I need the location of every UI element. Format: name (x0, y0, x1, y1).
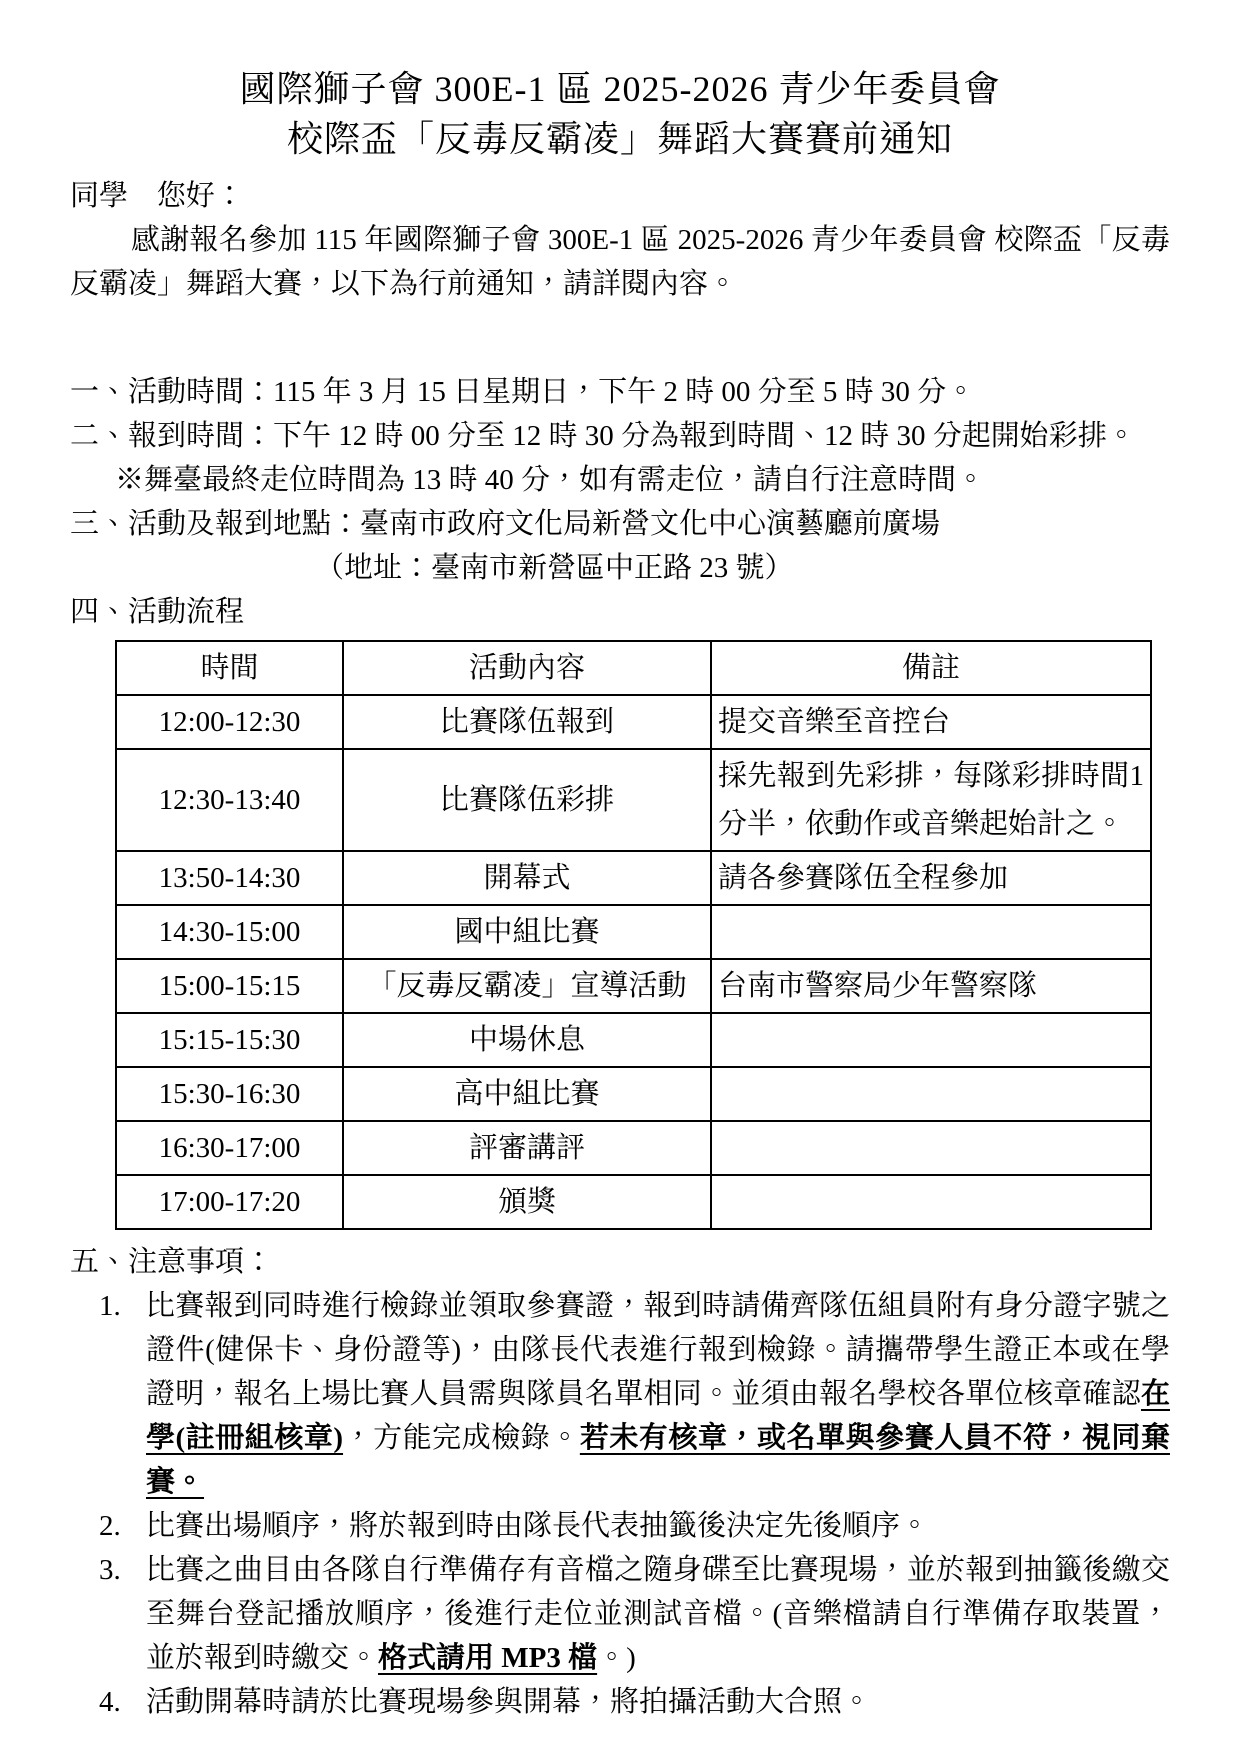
schedule-cell-activity: 開幕式 (343, 851, 711, 905)
note-3-segment-emphasis: 格式請用 MP3 檔 (378, 1642, 597, 1674)
schedule-row: 13:50-14:30 開幕式 請各參賽隊伍全程參加 (116, 851, 1151, 905)
note-number: 4. (99, 1680, 146, 1724)
schedule-cell-time: 15:15-15:30 (116, 1013, 343, 1067)
schedule-cell-remark (711, 1067, 1151, 1121)
greeting: 同學 您好： (70, 174, 1170, 218)
schedule-cell-remark: 台南市警察局少年警察隊 (711, 959, 1151, 1013)
schedule-cell-time: 15:30-16:30 (116, 1067, 343, 1121)
schedule-row: 12:00-12:30 比賽隊伍報到 提交音樂至音控台 (116, 695, 1151, 749)
schedule-cell-time: 12:30-13:40 (116, 749, 343, 851)
note-text: 活動開幕時請於比賽現場參與開幕，將拍攝活動大合照。 (146, 1680, 1170, 1724)
section-schedule-heading: 四、活動流程 (70, 590, 1170, 634)
schedule-cell-time: 17:00-17:20 (116, 1175, 343, 1229)
schedule-cell-time: 12:00-12:30 (116, 695, 343, 749)
note-3-segment-normal: 。) (597, 1642, 636, 1674)
schedule-cell-remark (711, 1013, 1151, 1067)
section-notes-heading: 五、注意事項： (70, 1240, 1170, 1284)
schedule-row: 14:30-15:00 國中組比賽 (116, 905, 1151, 959)
schedule-row: 15:30-16:30 高中組比賽 (116, 1067, 1151, 1121)
schedule-cell-activity: 「反毒反霸凌」宣導活動 (343, 959, 711, 1013)
document-title: 國際獅子會 300E-1 區 2025-2026 青少年委員會 校際盃「反毒反霸… (70, 64, 1170, 164)
section-activity-time: 一、活動時間：115 年 3 月 15 日星期日，下午 2 時 00 分至 5 … (70, 370, 1170, 414)
schedule-table: 時間 活動內容 備註 12:00-12:30 比賽隊伍報到 提交音樂至音控台 1… (115, 640, 1152, 1230)
schedule-row: 17:00-17:20 頒獎 (116, 1175, 1151, 1229)
note-item-2: 2. 比賽出場順序，將於報到時由隊長代表抽籤後決定先後順序。 (70, 1504, 1170, 1548)
schedule-cell-remark (711, 1175, 1151, 1229)
schedule-cell-activity: 比賽隊伍報到 (343, 695, 711, 749)
sections-list: 一、活動時間：115 年 3 月 15 日星期日，下午 2 時 00 分至 5 … (70, 370, 1170, 634)
schedule-cell-activity: 頒獎 (343, 1175, 711, 1229)
schedule-cell-remark: 請各參賽隊伍全程參加 (711, 851, 1151, 905)
schedule-cell-activity: 比賽隊伍彩排 (343, 749, 711, 851)
note-text: 比賽出場順序，將於報到時由隊長代表抽籤後決定先後順序。 (146, 1504, 1170, 1548)
section-checkin-time: 二、報到時間：下午 12 時 00 分至 12 時 30 分為報到時間、12 時… (70, 414, 1170, 458)
schedule-cell-time: 13:50-14:30 (116, 851, 343, 905)
note-text: 比賽之曲目由各隊自行準備存有音檔之隨身碟至比賽現場，並於報到抽籤後繳交至舞台登記… (146, 1548, 1170, 1680)
schedule-cell-activity: 中場休息 (343, 1013, 711, 1067)
note-1-segment-normal: 比賽報到同時進行檢錄並領取參賽證，報到時請備齊隊伍組員附有身分證字號之證件(健保… (146, 1290, 1170, 1410)
schedule-header-row: 時間 活動內容 備註 (116, 641, 1151, 695)
schedule-cell-remark (711, 905, 1151, 959)
schedule-cell-remark (711, 1121, 1151, 1175)
note-number: 2. (99, 1504, 146, 1548)
document-page: 國際獅子會 300E-1 區 2025-2026 青少年委員會 校際盃「反毒反霸… (0, 0, 1240, 1754)
schedule-cell-activity: 國中組比賽 (343, 905, 711, 959)
schedule-row: 16:30-17:00 評審講評 (116, 1121, 1151, 1175)
location-address: （地址：臺南市新營區中正路 23 號） (70, 546, 1170, 590)
schedule-cell-activity: 高中組比賽 (343, 1067, 711, 1121)
schedule-row: 15:00-15:15 「反毒反霸凌」宣導活動 台南市警察局少年警察隊 (116, 959, 1151, 1013)
note-item-4: 4. 活動開幕時請於比賽現場參與開幕，將拍攝活動大合照。 (70, 1680, 1170, 1724)
schedule-row: 15:15-15:30 中場休息 (116, 1013, 1151, 1067)
stage-blocking-note: ※舞臺最終走位時間為 13 時 40 分，如有需走位，請自行注意時間。 (70, 458, 1170, 502)
schedule-cell-time: 14:30-15:00 (116, 905, 343, 959)
note-3-segment-normal: 比賽之曲目由各隊自行準備存有音檔之隨身碟至比賽現場，並於報到抽籤後繳交至舞台登記… (146, 1554, 1170, 1674)
title-line-2: 校際盃「反毒反霸凌」舞蹈大賽賽前通知 (70, 114, 1170, 164)
schedule-cell-activity: 評審講評 (343, 1121, 711, 1175)
schedule-cell-time: 15:00-15:15 (116, 959, 343, 1013)
intro-paragraph: 感謝報名參加 115 年國際獅子會 300E-1 區 2025-2026 青少年… (70, 218, 1170, 306)
section-location: 三、活動及報到地點：臺南市政府文化局新營文化中心演藝廳前廣場 (70, 502, 1170, 546)
note-1-segment-normal: ，方能完成檢錄。 (343, 1422, 580, 1454)
schedule-cell-time: 16:30-17:00 (116, 1121, 343, 1175)
schedule-header-activity: 活動內容 (343, 641, 711, 695)
schedule-cell-remark: 提交音樂至音控台 (711, 695, 1151, 749)
schedule-header-time: 時間 (116, 641, 343, 695)
schedule-row: 12:30-13:40 比賽隊伍彩排 採先報到先彩排，每隊彩排時間1分半，依動作… (116, 749, 1151, 851)
note-number: 1. (99, 1284, 146, 1328)
note-item-3: 3. 比賽之曲目由各隊自行準備存有音檔之隨身碟至比賽現場，並於報到抽籤後繳交至舞… (70, 1548, 1170, 1680)
note-number: 3. (99, 1548, 146, 1592)
note-item-1: 1. 比賽報到同時進行檢錄並領取參賽證，報到時請備齊隊伍組員附有身分證字號之證件… (70, 1284, 1170, 1504)
schedule-header-remark: 備註 (711, 641, 1151, 695)
note-text: 比賽報到同時進行檢錄並領取參賽證，報到時請備齊隊伍組員附有身分證字號之證件(健保… (146, 1284, 1170, 1504)
schedule-cell-remark: 採先報到先彩排，每隊彩排時間1分半，依動作或音樂起始計之。 (711, 749, 1151, 851)
title-line-1: 國際獅子會 300E-1 區 2025-2026 青少年委員會 (70, 64, 1170, 114)
